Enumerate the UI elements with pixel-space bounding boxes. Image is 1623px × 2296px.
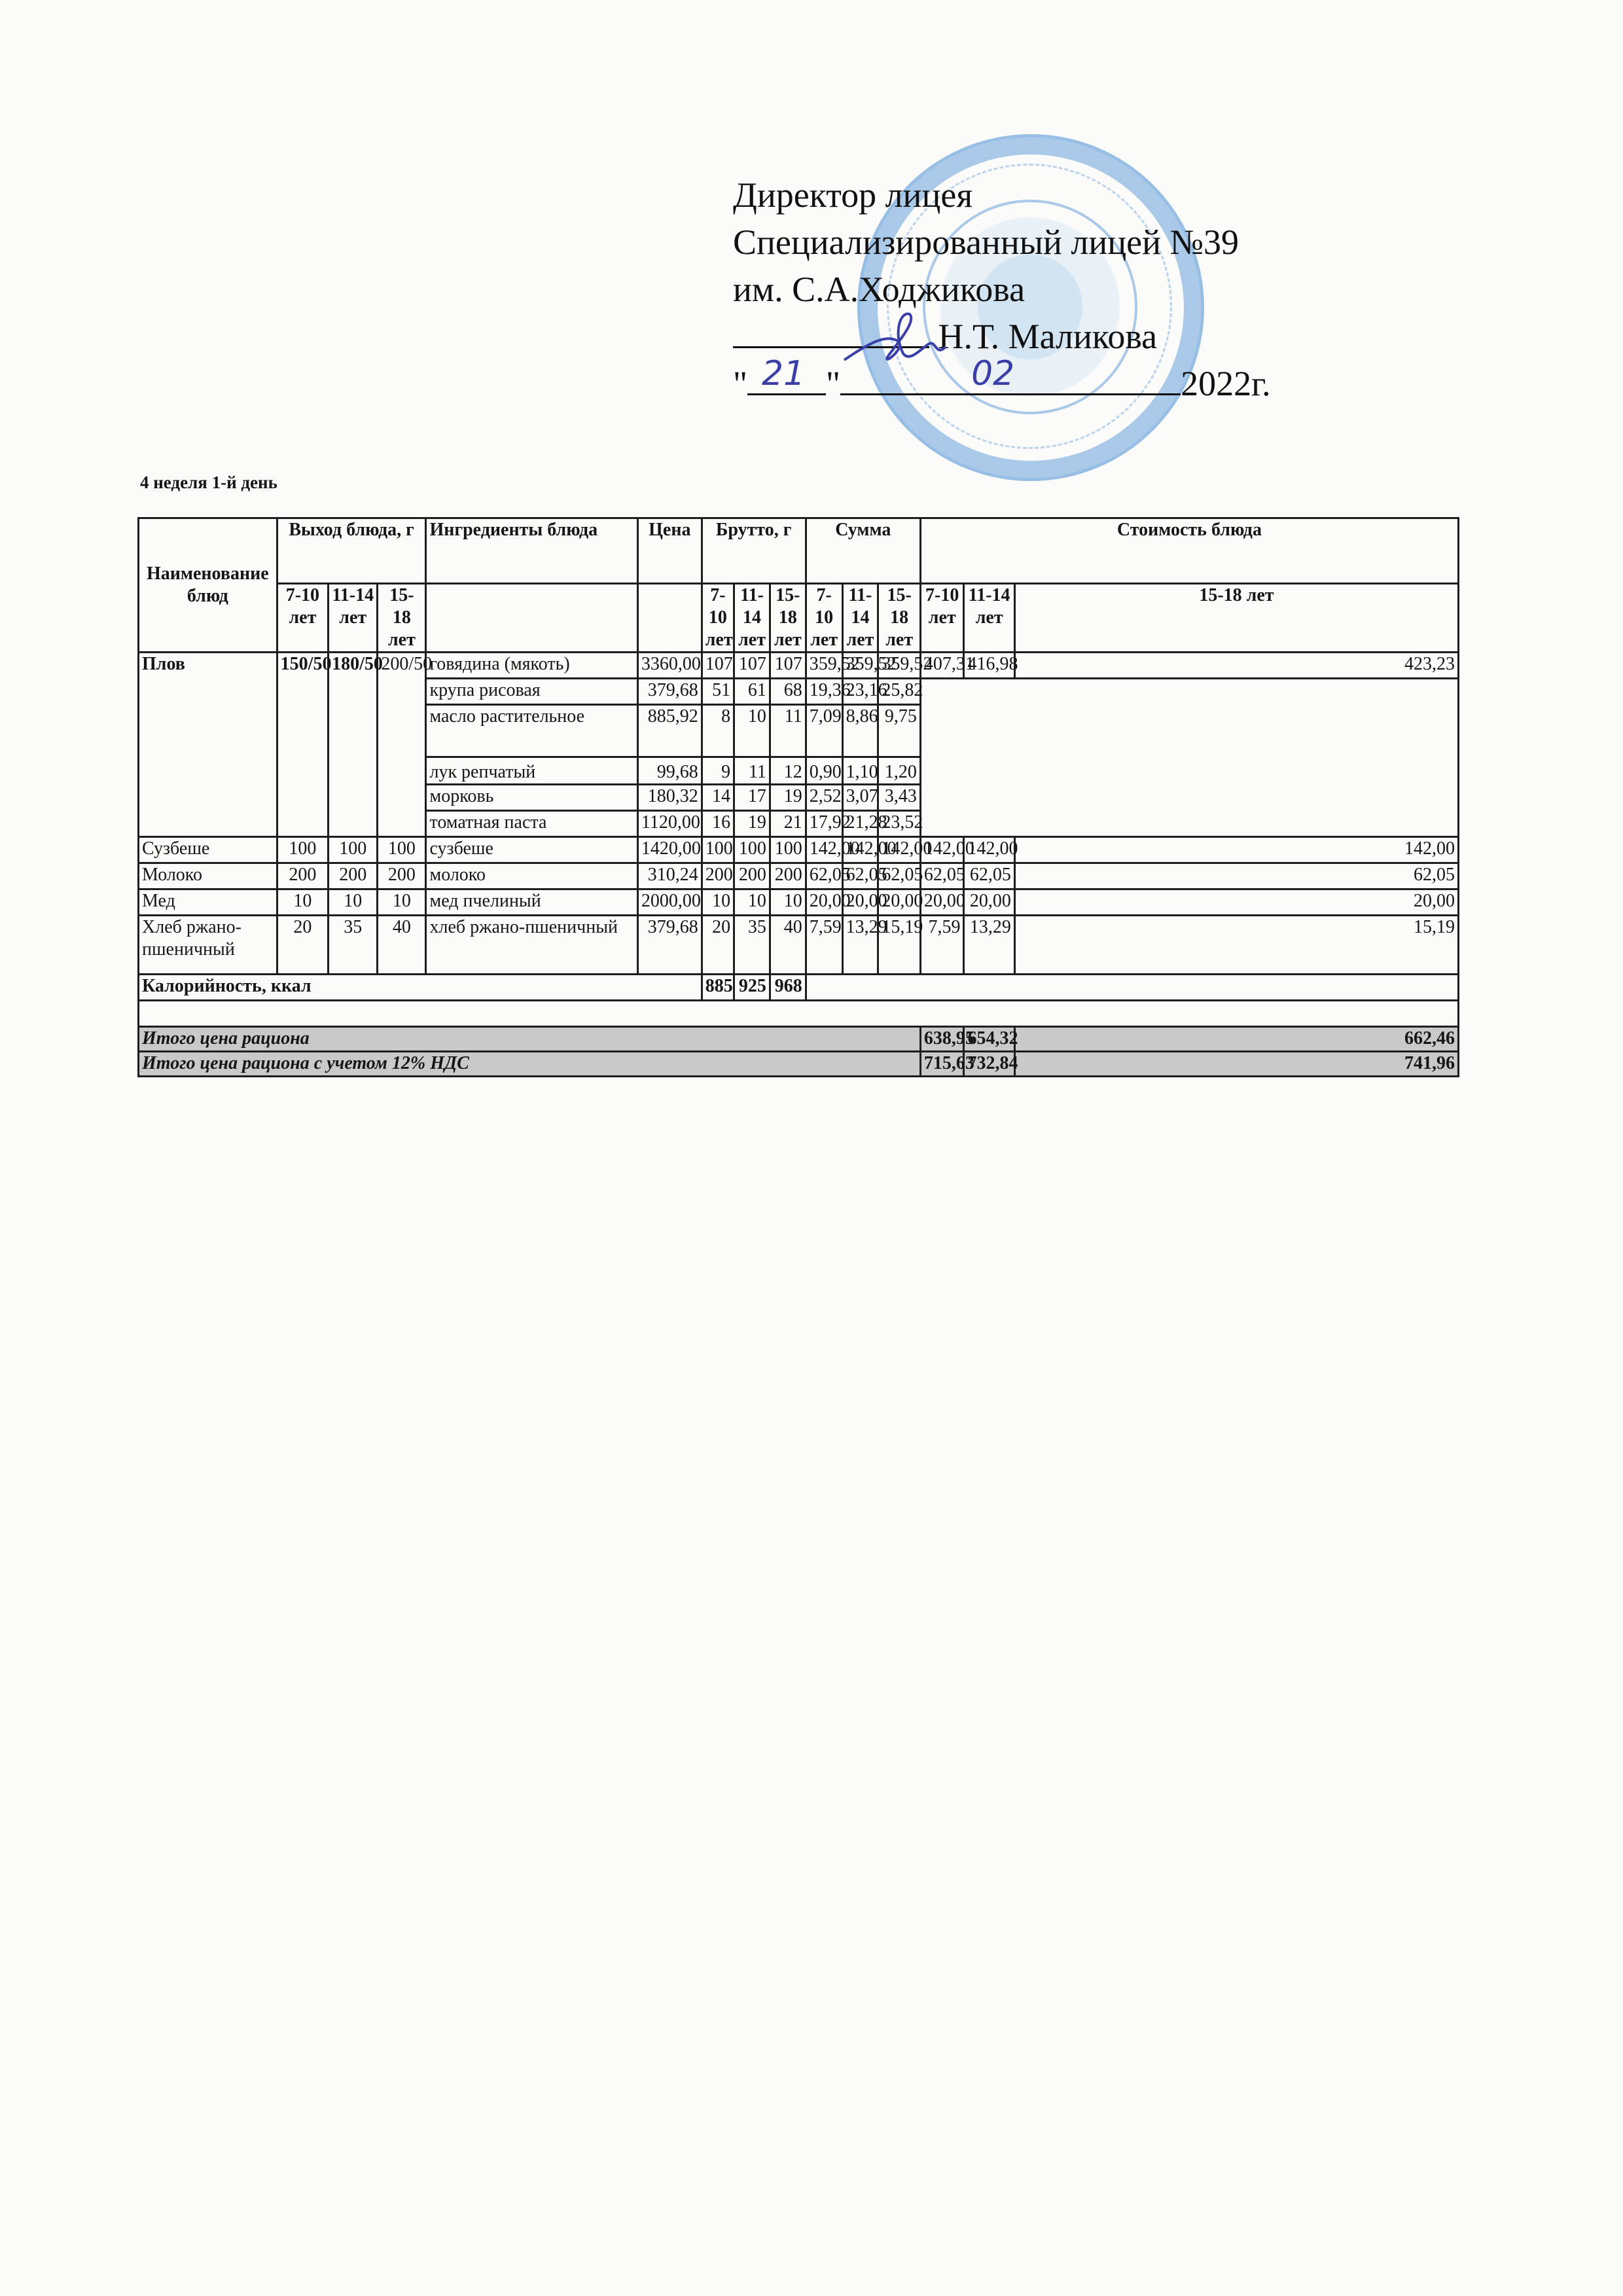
- calories-label: Калорийность, ккал: [139, 975, 702, 1001]
- sum-age-7-10: 7-10 лет: [806, 584, 842, 653]
- yield-age-15-18: 15-18 лет: [378, 584, 426, 653]
- total-vat-label: Итого цена рациона с учетом 12% НДС: [139, 1052, 921, 1077]
- sum-age-15-18: 15-18 лет: [878, 584, 920, 653]
- cost-age-15-18: 15-18 лет: [1014, 584, 1458, 653]
- date-year: 2022г.: [1181, 364, 1271, 403]
- signature-icon: [838, 308, 955, 380]
- total-vat-row: Итого цена рациона с учетом 12% НДС 715,…: [139, 1052, 1459, 1077]
- ingredient: хлеб ржано-пшеничный: [426, 916, 637, 975]
- col-header-ingredients: Ингредиенты блюда: [426, 518, 637, 584]
- total-label: Итого цена рациона: [139, 1027, 921, 1052]
- ingredient: морковь: [426, 785, 637, 811]
- page-subtitle: 4 неделя 1-й день: [140, 473, 277, 493]
- approval-org-name: им. С.А.Ходжикова: [733, 266, 1387, 313]
- approval-signer-line: Н.Т. Маликова: [733, 313, 1387, 360]
- col-header-sum: Сумма: [806, 518, 920, 584]
- brutto-age-7-10: 7-10 лет: [702, 584, 734, 653]
- total-row: Итого цена рациона 638,95 654,32 662,46: [139, 1027, 1459, 1052]
- table-row: Хлеб ржано-пшеничный 20 35 40 хлеб ржано…: [139, 916, 1459, 975]
- ingredient: масло растительное: [426, 705, 637, 757]
- ingredient: томатная паста: [426, 811, 637, 837]
- calories-row: Калорийность, ккал 885 925 968: [139, 975, 1459, 1001]
- col-header-cost: Стоимость блюда: [920, 518, 1458, 584]
- dish-name: Мед: [139, 889, 277, 916]
- ingredient: говядина (мякоть): [426, 653, 637, 679]
- brutto-age-11-14: 11-14 лет: [734, 584, 770, 653]
- spacer-row: [139, 1001, 1459, 1027]
- header-row-2: 7-10 лет 11-14 лет 15-18 лет 7-10 лет 11…: [139, 584, 1459, 653]
- ingredient: крупа рисовая: [426, 679, 637, 705]
- yield-age-7-10: 7-10 лет: [277, 584, 328, 653]
- header-row-1: Наименование блюд Выход блюда, г Ингреди…: [139, 518, 1459, 584]
- yield-age-11-14: 11-14 лет: [329, 584, 378, 653]
- col-header-name: Наименование блюд: [139, 518, 277, 653]
- table-row: Молоко 200 200 200 молоко 310,24 200 200…: [139, 863, 1459, 889]
- approval-title: Директор лицея: [733, 171, 1387, 219]
- menu-table: Наименование блюд Выход блюда, г Ингреди…: [137, 517, 1459, 1077]
- table-row: Плов 150/50 180/50 200/50 говядина (мяко…: [139, 653, 1459, 679]
- cost-age-7-10: 7-10 лет: [920, 584, 964, 653]
- dish-name: Хлеб ржано-пшеничный: [139, 916, 277, 975]
- approval-block: Директор лицея Специализированный лицей …: [733, 171, 1387, 407]
- col-header-yield: Выход блюда, г: [277, 518, 426, 584]
- ingredient: сузбеше: [426, 837, 637, 863]
- dish-name: Сузбеше: [139, 837, 277, 863]
- table-row: Мед 10 10 10 мед пчелиный 2000,00 10 10 …: [139, 889, 1459, 916]
- dish-name: Плов: [139, 653, 277, 837]
- date-day: 21: [762, 350, 805, 397]
- table-row: Сузбеше 100 100 100 сузбеше 1420,00 100 …: [139, 837, 1459, 863]
- ingredient: молоко: [426, 863, 637, 889]
- sum-age-11-14: 11-14 лет: [842, 584, 878, 653]
- ingredient: мед пчелиный: [426, 889, 637, 916]
- cost-age-11-14: 11-14 лет: [964, 584, 1014, 653]
- dish-name: Молоко: [139, 863, 277, 889]
- date-day-field: 21: [747, 365, 826, 395]
- col-header-price: Цена: [637, 518, 702, 584]
- approval-org: Специализированный лицей №39: [733, 219, 1387, 266]
- col-header-brutto: Брутто, г: [702, 518, 806, 584]
- approval-date: "21"022022г.: [733, 360, 1387, 407]
- ingredient: лук репчатый: [426, 757, 637, 785]
- date-month: 02: [971, 350, 1014, 397]
- brutto-age-15-18: 15-18 лет: [770, 584, 806, 653]
